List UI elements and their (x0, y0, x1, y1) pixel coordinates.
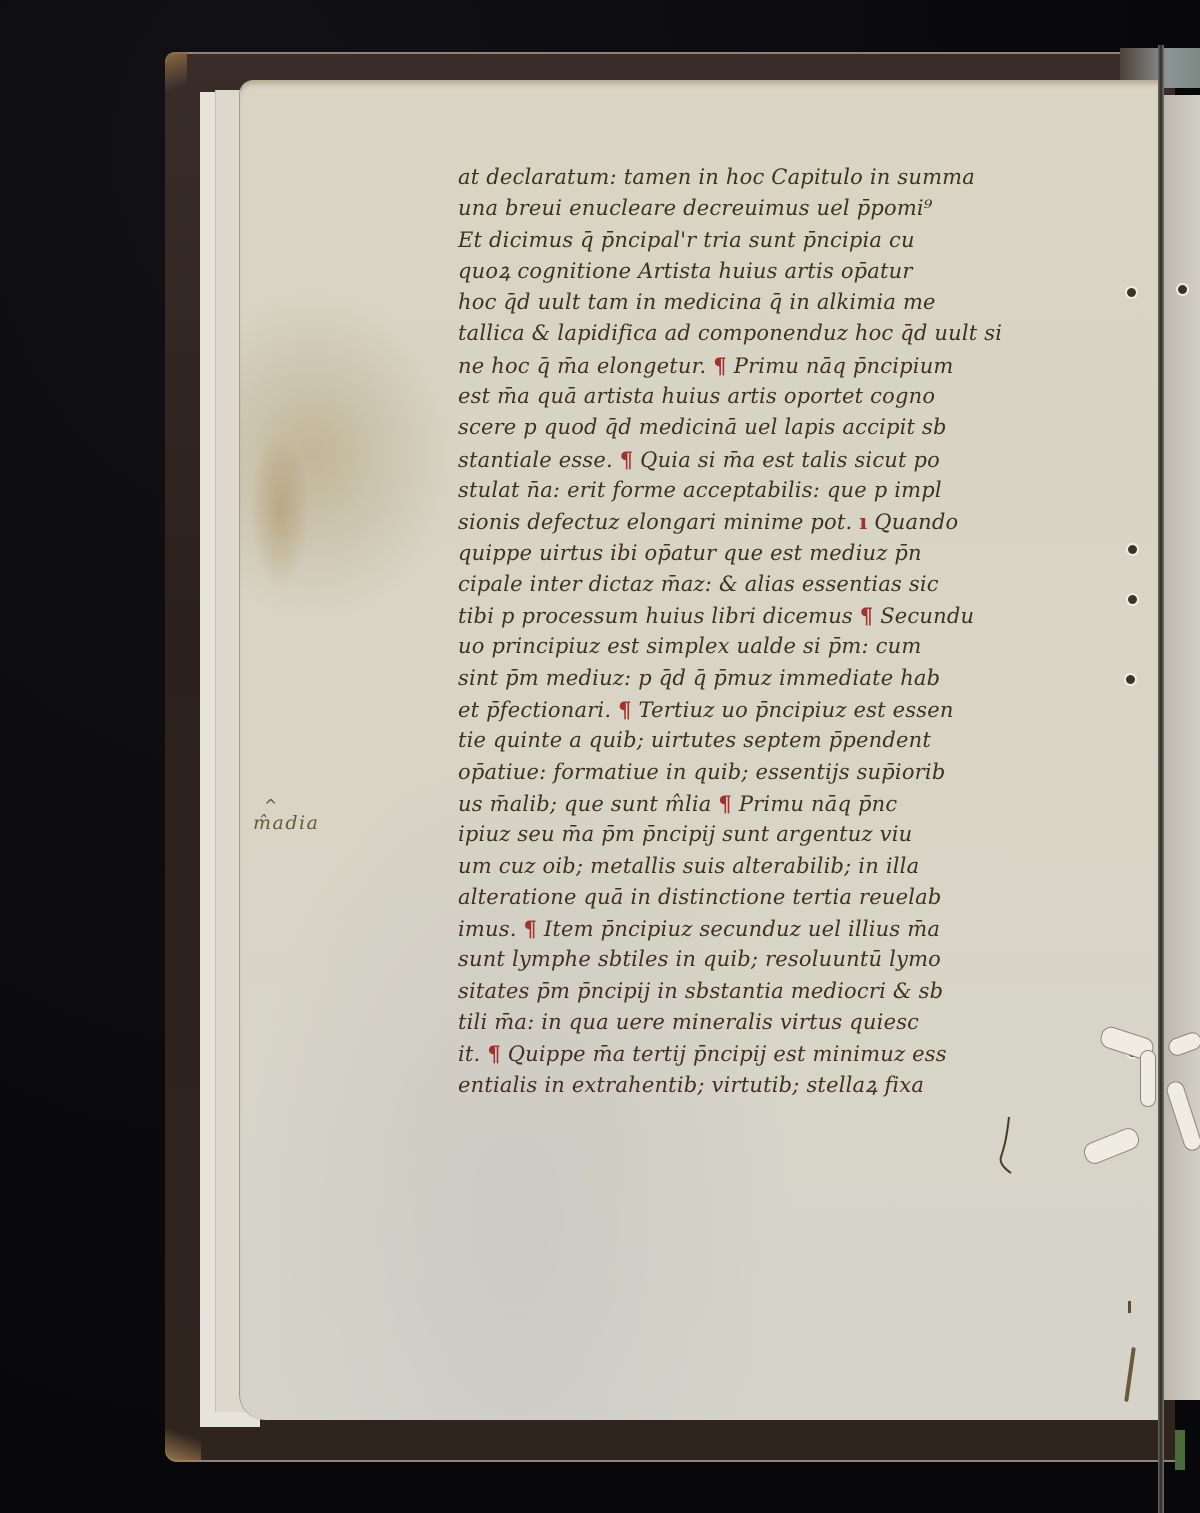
line-text: at declaratum: tamen in hoc Capitulo in … (458, 165, 975, 189)
text-line: sint p̄m mediuz: p q̄d q̄ p̄muz immediat… (458, 663, 1038, 694)
line-text: tallica & lapidifica ad componenduz hoc … (458, 321, 1002, 345)
line-text: sionis defectuz elongari minime pot. (458, 510, 859, 534)
line-text: hoc q̄d uult tam in medicina q̄ in alkim… (458, 290, 936, 314)
line-text: it. (458, 1042, 487, 1066)
text-line: sunt lymphe sbtiles in quib; resoluuntū … (458, 944, 1038, 975)
water-stain (250, 430, 310, 590)
wormhole (1178, 285, 1187, 294)
rubricated-paragraph-mark: ¶ (620, 447, 634, 472)
line-text: sitates p̄m p̄ncipij in sbstantia medioc… (458, 979, 943, 1003)
catchword-flourish (995, 1115, 1015, 1175)
text-line: stulat n̄a: erit forme acceptabilis: que… (458, 475, 1038, 506)
line-text: Tertiuz uo p̄ncipiuz est essen (632, 698, 954, 722)
text-line: it. ¶ Quippe m̄a tertij p̄ncipij est min… (458, 1038, 1038, 1069)
line-text: um cuz oib; metallis suis alterabilib; i… (458, 854, 919, 878)
line-text: cipale inter dictaz m̄az: & alias essent… (458, 572, 939, 596)
line-text: stulat n̄a: erit forme acceptabilis: que… (458, 478, 942, 502)
wormhole (1126, 675, 1135, 684)
line-text: tie quinte a quib; uirtutes septem p̄pen… (458, 728, 931, 752)
rubricated-paragraph-mark: ¶ (523, 916, 537, 941)
text-line: una breui enucleare decreuimus uel p̄pom… (458, 193, 1038, 224)
text-line: um cuz oib; metallis suis alterabilib; i… (458, 851, 1038, 882)
line-text: scere p quod q̄d medicinā uel lapis acci… (458, 415, 947, 439)
line-text: una breui enucleare decreuimus uel p̄pom… (458, 196, 932, 220)
rubricated-paragraph-mark: ¶ (713, 353, 727, 378)
text-line: sitates p̄m p̄ncipij in sbstantia medioc… (458, 976, 1038, 1007)
main-text-block: at declaratum: tamen in hoc Capitulo in … (458, 162, 1038, 1101)
text-line: at declaratum: tamen in hoc Capitulo in … (458, 162, 1038, 193)
line-text: Primu nāq p̄nc (732, 792, 897, 816)
ink-mark (1128, 1301, 1131, 1313)
text-line: ne hoc q̄ m̄a elongetur. ¶ Primu nāq p̄n… (458, 350, 1038, 381)
line-text: stantiale esse. (458, 448, 620, 472)
text-line: tie quinte a quib; uirtutes septem p̄pen… (458, 725, 1038, 756)
worm-tunnel (1140, 1050, 1156, 1107)
line-text: Quando (867, 510, 958, 534)
text-line: sionis defectuz elongari minime pot. ı Q… (458, 506, 1038, 537)
text-line: scere p quod q̄d medicinā uel lapis acci… (458, 412, 1038, 443)
line-text: imus. (458, 917, 523, 941)
wormhole (1128, 595, 1137, 604)
text-line: et p̄fectionari. ¶ Tertiuz uo p̄ncipiuz … (458, 694, 1038, 725)
rubricated-paragraph-mark: ¶ (618, 697, 632, 722)
line-text: Quippe m̄a tertij p̄ncipij est minimuz e… (501, 1042, 947, 1066)
text-line: ipiuz seu m̄a p̄m p̄ncipij sunt argentuz… (458, 819, 1038, 850)
wormhole (1127, 288, 1136, 297)
green-stain (1175, 1430, 1185, 1470)
rubricated-paragraph-mark: ¶ (487, 1041, 501, 1066)
line-text: Item p̄ncipiuz secunduz uel illius m̄a (537, 917, 940, 941)
line-text: tili m̄a: in qua uere mineralis virtus q… (458, 1010, 919, 1034)
rubricated-paragraph-mark: ¶ (718, 791, 732, 816)
text-line: entialis in extrahentib; virtutib; stell… (458, 1070, 1038, 1101)
line-text: sunt lymphe sbtiles in quib; resoluuntū … (458, 947, 941, 971)
line-text: sint p̄m mediuz: p q̄d q̄ p̄muz immediat… (458, 666, 940, 690)
rubricated-paragraph-mark: ¶ (860, 603, 874, 628)
line-text: Et dicimus q̄ p̄ncipal'r tria sunt p̄nci… (458, 228, 915, 252)
text-line: imus. ¶ Item p̄ncipiuz secunduz uel illi… (458, 913, 1038, 944)
text-line: alteratione quā in distinctione tertia r… (458, 882, 1038, 913)
worn-corner-bottom (165, 1420, 201, 1462)
text-line: uo principiuz est simplex ualde si p̄m: … (458, 631, 1038, 662)
line-text: ne hoc q̄ m̄a elongetur. (458, 354, 713, 378)
text-line: quoꝝ cognitione Artista huius artis op̄a… (458, 256, 1038, 287)
text-line: est m̄a quā artista huius artis oportet … (458, 381, 1038, 412)
text-line: quippe uirtus ibi op̄atur que est mediuz… (458, 538, 1038, 569)
line-text: est m̄a quā artista huius artis oportet … (458, 384, 935, 408)
line-text: et p̄fectionari. (458, 698, 618, 722)
text-line: tili m̄a: in qua uere mineralis virtus q… (458, 1007, 1038, 1038)
text-line: op̄atiue: formatiue in quib; essentijs s… (458, 757, 1038, 788)
text-line: tallica & lapidifica ad componenduz hoc … (458, 318, 1038, 349)
text-line: Et dicimus q̄ p̄ncipal'r tria sunt p̄nci… (458, 225, 1038, 256)
line-text: Primu nāq p̄ncipium (727, 354, 954, 378)
line-text: op̄atiue: formatiue in quib; essentijs s… (458, 760, 945, 784)
text-line: hoc q̄d uult tam in medicina q̄ in alkim… (458, 287, 1038, 318)
line-text: uo principiuz est simplex ualde si p̄m: … (458, 634, 921, 658)
line-text: quoꝝ cognitione Artista huius artis op̄a… (458, 259, 913, 283)
worn-corner-top (165, 52, 187, 102)
marginal-note: m̂adia (253, 812, 319, 834)
line-text: quippe uirtus ibi op̄atur que est mediuz… (458, 541, 922, 565)
line-text: entialis in extrahentib; virtutib; stell… (458, 1073, 924, 1097)
text-line: stantiale esse. ¶ Quia si m̄a est talis … (458, 444, 1038, 475)
line-text: tibi p processum huius libri dicemus (458, 604, 860, 628)
text-line: tibi p processum huius libri dicemus ¶ S… (458, 600, 1038, 631)
line-text: alteratione quā in distinctione tertia r… (458, 885, 942, 909)
line-text: Secundu (873, 604, 974, 628)
text-line: cipale inter dictaz m̄az: & alias essent… (458, 569, 1038, 600)
line-text: Quia si m̄a est talis sicut po (633, 448, 940, 472)
line-text: ipiuz seu m̄a p̄m p̄ncipij sunt argentuz… (458, 822, 912, 846)
wormhole (1128, 545, 1137, 554)
line-text: us m̄alib; que sunt m̂lia (458, 792, 718, 816)
text-line: us m̄alib; que sunt m̂lia ¶ Primu nāq p̄… (458, 788, 1038, 819)
